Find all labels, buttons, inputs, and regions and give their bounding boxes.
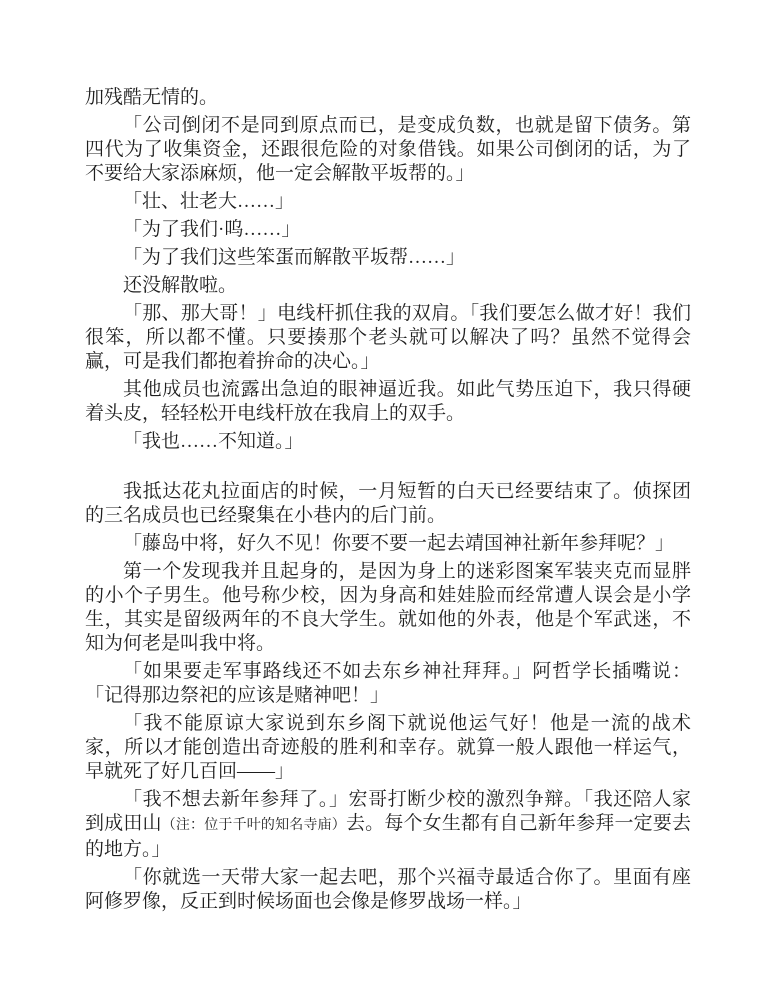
- inline-note: （注：位于千叶的知名寺庙）: [162, 818, 346, 833]
- paragraph-with-note: 「我不想去新年参拜了。」宏哥打断少校的激烈争辩。「我还陪人家到成田山（注：位于千…: [85, 788, 691, 862]
- paragraph: 「那、那大哥！」电线杆抓住我的双肩。「我们要怎么做才好！我们很笨，所以都不懂。只…: [85, 302, 691, 374]
- scene-break: [85, 458, 691, 480]
- paragraph-dialogue: 「藤岛中将，好久不见！你要不要一起去靖国神社新年参拜呢？」: [85, 532, 691, 556]
- paragraph: 「公司倒闭不是同到原点而已，是变成负数，也就是留下债务。第四代为了收集资金，还跟…: [85, 114, 691, 186]
- paragraph-dialogue: 「我也……不知道。」: [85, 430, 691, 454]
- paragraph-dialogue: 「为了我们·呜……」: [85, 218, 691, 242]
- paragraph-dialogue: 「为了我们这些笨蛋而解散平坂帮……」: [85, 246, 691, 270]
- paragraph: 第一个发现我并且起身的，是因为身上的迷彩图案军装夹克而显胖的小个子男生。他号称少…: [85, 560, 691, 656]
- paragraph: 我抵达花丸拉面店的时候，一月短暂的白天已经要结束了。侦探团的三名成员也已经聚集在…: [85, 480, 691, 528]
- paragraph: 其他成员也流露出急迫的眼神逼近我。如此气势压迫下，我只得硬着头皮，轻轻松开电线杆…: [85, 378, 691, 426]
- paragraph: 还没解散啦。: [85, 274, 691, 298]
- novel-page: 加残酷无情的。 「公司倒闭不是同到原点而已，是变成负数，也就是留下债务。第四代为…: [0, 0, 765, 990]
- paragraph-dialogue: 「你就选一天带大家一起去吧，那个兴福寺最适合你了。里面有座阿修罗像，反正到时候场…: [85, 866, 691, 914]
- paragraph: 「如果要走军事路线还不如去东乡神社拜拜。」阿哲学长插嘴说：「记得那边祭祀的应该是…: [85, 660, 691, 708]
- paragraph: 加残酷无情的。: [85, 86, 691, 110]
- paragraph: 「我不能原谅大家说到东乡阁下就说他运气好！他是一流的战术家，所以才能创造出奇迹般…: [85, 712, 691, 784]
- paragraph-dialogue: 「壮、壮老大……」: [85, 190, 691, 214]
